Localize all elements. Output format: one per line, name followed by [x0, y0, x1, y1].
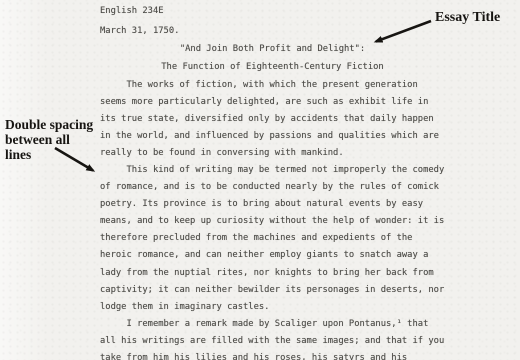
essay-body-line: take from him his lilies and his roses, … — [100, 350, 445, 360]
essay-body-line: seems more particularly delighted, are s… — [100, 94, 445, 111]
essay-body-line: therefore precluded from the machines an… — [100, 230, 445, 247]
essay-title-quote-line: "And Join Both Profit and Delight": — [100, 41, 445, 59]
essay-body-line: captivity; it can neither bewilder its p… — [100, 282, 445, 299]
essay-body-line: The works of fiction, with which the pre… — [100, 77, 445, 94]
double-spacing-annotation-line3: lines — [5, 148, 105, 163]
essay-body-line: really to be found in conversing with ma… — [100, 145, 445, 162]
date-line: March 31, 1750. — [100, 22, 445, 42]
essay-subtitle-line: The Function of Eighteenth-Century Ficti… — [100, 59, 445, 77]
essay-body-line: I remember a remark made by Scaliger upo… — [100, 316, 445, 333]
typed-essay-page: English 234E March 31, 1750. "And Join B… — [100, 2, 445, 360]
essay-title-block: "And Join Both Profit and Delight": The … — [100, 41, 445, 76]
essay-body-line: poetry. Its province is to bring about n… — [100, 196, 445, 213]
essay-body-line: all his writings are filled with the sam… — [100, 333, 445, 350]
essay-body-line: heroic romance, and can neither employ g… — [100, 247, 445, 264]
double-spacing-annotation-line1: Double spacing — [5, 118, 105, 133]
double-spacing-annotation: Double spacing between all lines — [5, 118, 105, 162]
essay-body-line: lady from the nuptial rites, nor knights… — [100, 265, 445, 282]
essay-body-line: in the world, and influenced by passions… — [100, 128, 445, 145]
essay-body-line: This kind of writing may be termed not i… — [100, 162, 445, 179]
essay-heading-block: English 234E March 31, 1750. — [100, 2, 445, 41]
essay-body-line: lodge them in imaginary castles. — [100, 299, 445, 316]
scanned-essay-handout: English 234E March 31, 1750. "And Join B… — [0, 0, 520, 360]
essay-body: The works of fiction, with which the pre… — [100, 77, 445, 360]
essay-body-line: of romance, and is to be conducted nearl… — [100, 179, 445, 196]
course-line: English 234E — [100, 2, 445, 22]
essay-body-line: its true state, diversified only by acci… — [100, 111, 445, 128]
essay-body-line: means, and to keep up curiosity without … — [100, 213, 445, 230]
double-spacing-annotation-line2: between all — [5, 133, 105, 148]
essay-title-annotation: Essay Title — [435, 10, 500, 26]
